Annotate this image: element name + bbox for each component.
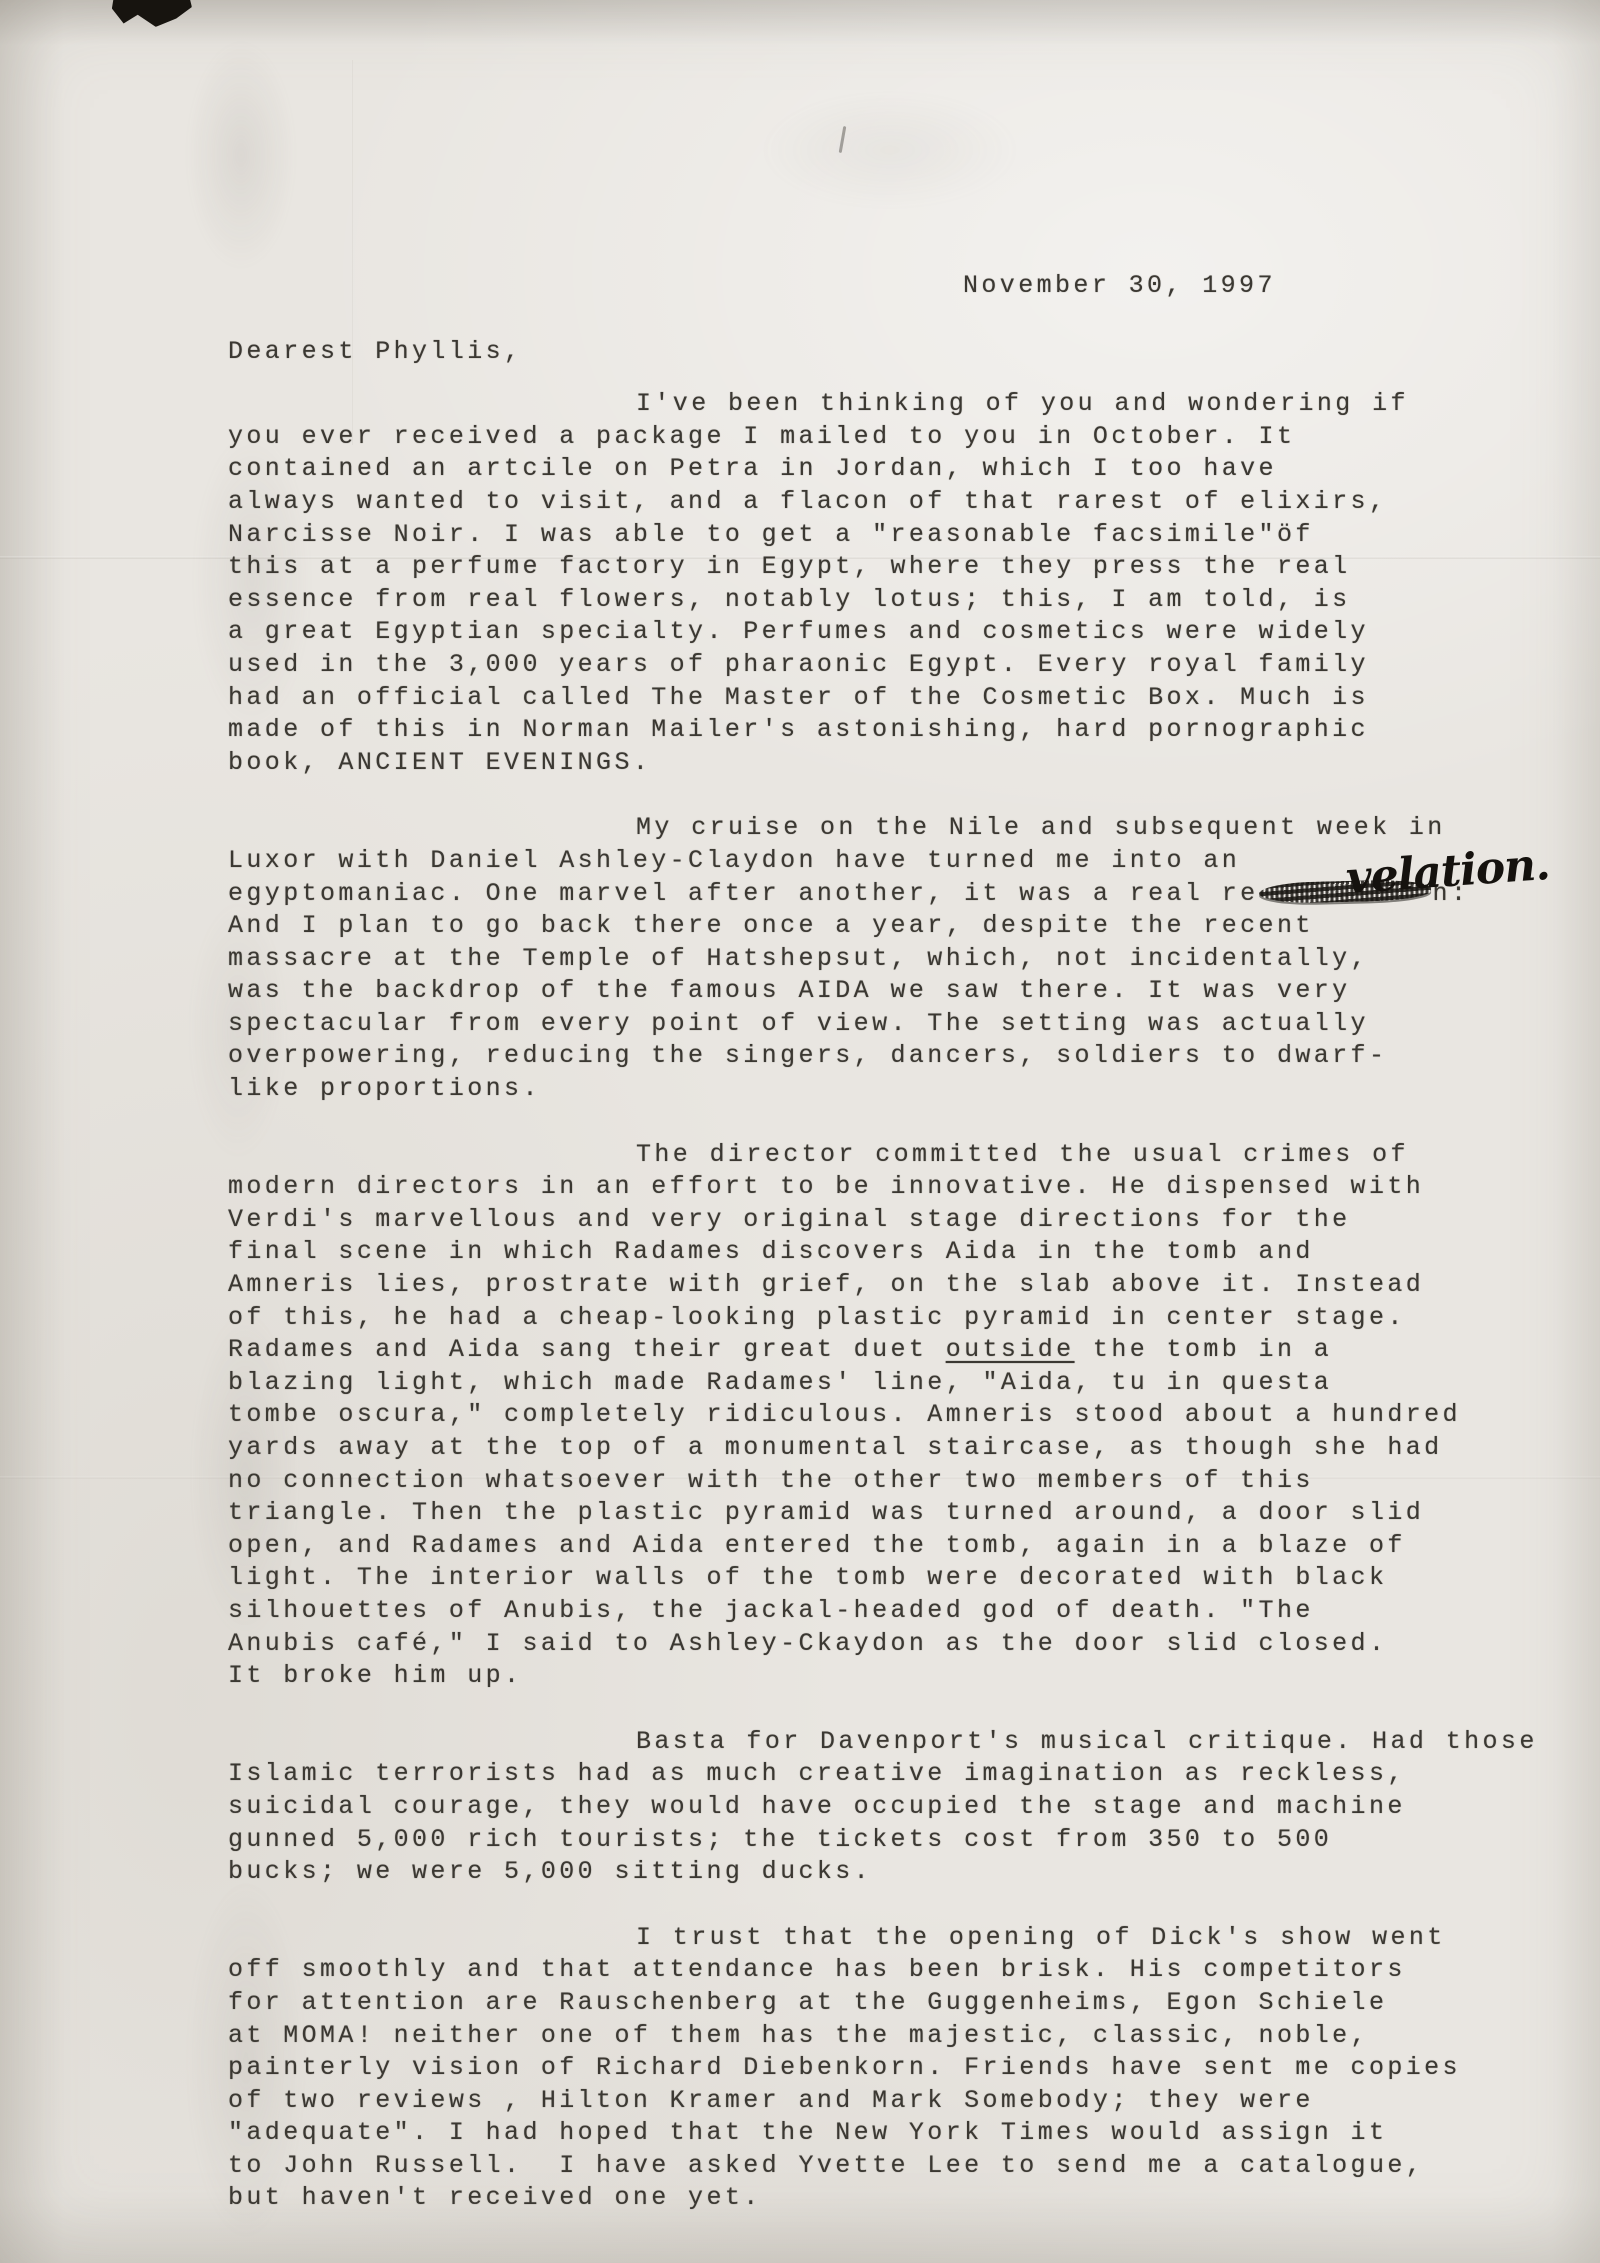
letter-line: Luxor with Daniel Ashley-Claydon have tu… [228,845,1538,878]
letter-line: always wanted to visit, and a flacon of … [228,486,1538,519]
letter-line: light. The interior walls of the tomb we… [228,1562,1538,1595]
scanned-letter-page: November 30, 1997 Dearest Phyllis, I've … [0,0,1600,2263]
letter-line: spectacular from every point of view. Th… [228,1008,1538,1041]
letter-line: open, and Radames and Aida entered the t… [228,1530,1538,1563]
letter-line: bucks; we were 5,000 sitting ducks. [228,1856,1538,1889]
paragraph-3: The director committed the usual crimes … [228,1139,1538,1693]
letter-date: November 30, 1997 [963,270,1538,303]
letter-line: Anubis café," I said to Ashley-Ckaydon a… [228,1628,1538,1661]
letter-line: of this, he had a cheap-looking plastic … [228,1302,1538,1335]
letter-line: used in the 3,000 years of pharaonic Egy… [228,649,1538,682]
paragraph-4: Basta for Davenport's musical critique. … [228,1726,1538,1889]
letter-line: tombe oscura," completely ridiculous. Am… [228,1399,1538,1432]
letter-line: had an official called The Master of the… [228,682,1538,715]
salutation: Dearest Phyllis, [228,336,1538,369]
paragraph-2: My cruise on the Nile and subsequent wee… [228,812,1538,1105]
letter-line: suicidal courage, they would have occupi… [228,1791,1538,1824]
letter-line: yards away at the top of a monumental st… [228,1432,1538,1465]
tape-mark [111,0,192,28]
line-text: Radames and Aida sang their great duet [228,1335,946,1364]
letter-line: It broke him up. [228,1660,1538,1693]
letter-line: of two reviews , Hilton Kramer and Mark … [228,2085,1538,2118]
letter-line: Narcisse Noir. I was able to get a "reas… [228,519,1538,552]
letter-line: at MOMA! neither one of them has the maj… [228,2020,1538,2053]
paragraph-1: I've been thinking of you and wondering … [228,388,1538,779]
letter-line: triangle. Then the plastic pyramid was t… [228,1497,1538,1530]
letter-line: Verdi's marvellous and very original sta… [228,1204,1538,1237]
letter-line: overpowering, reducing the singers, danc… [228,1040,1538,1073]
letter-line: but haven't received one yet. [228,2182,1538,2215]
letter-line: I trust that the opening of Dick's show … [228,1922,1538,1955]
line-text: the tomb in a [1075,1335,1333,1364]
letter-line: My cruise on the Nile and subsequent wee… [228,812,1538,845]
letter-line: The director committed the usual crimes … [228,1139,1538,1172]
letter-line: made of this in Norman Mailer's astonish… [228,714,1538,747]
letter-line: "adequate". I had hoped that the New Yor… [228,2117,1538,2150]
letter-line: Radames and Aida sang their great duet o… [228,1334,1538,1367]
letter-line: was the backdrop of the famous AIDA we s… [228,975,1538,1008]
letter-line: book, ANCIENT EVENINGS. [228,747,1538,780]
letter-line: I've been thinking of you and wondering … [228,388,1538,421]
letter-line: massacre at the Temple of Hatshepsut, wh… [228,943,1538,976]
letter-line: Basta for Davenport's musical critique. … [228,1726,1538,1759]
letter-line: like proportions. [228,1073,1538,1106]
letter-line: And I plan to go back there once a year,… [228,910,1538,943]
letter-line: modern directors in an effort to be inno… [228,1171,1538,1204]
underlined-word: outside [946,1335,1075,1364]
letter-line: contained an artcile on Petra in Jordan,… [228,453,1538,486]
letter-line: Islamic terrorists had as much creative … [228,1758,1538,1791]
letter-line: Amneris lies, prostrate with grief, on t… [228,1269,1538,1302]
letter-line: you ever received a package I mailed to … [228,421,1538,454]
letter-line: to John Russell. I have asked Yvette Lee… [228,2150,1538,2183]
paragraph-5: I trust that the opening of Dick's show … [228,1922,1538,2215]
line-text: egyptomaniac. One marvel after another, … [228,879,1259,908]
letter-line: final scene in which Radames discovers A… [228,1236,1538,1269]
letter-line: gunned 5,000 rich tourists; the tickets … [228,1824,1538,1857]
letter-line: painterly vision of Richard Diebenkorn. … [228,2052,1538,2085]
letter-line: silhouettes of Anubis, the jackal-headed… [228,1595,1538,1628]
letter-line: for attention are Rauschenberg at the Gu… [228,1987,1538,2020]
letter-line: off smoothly and that attendance has bee… [228,1954,1538,1987]
letter-line: a great Egyptian specialty. Perfumes and… [228,616,1538,649]
letter-body: November 30, 1997 Dearest Phyllis, I've … [228,0,1538,2215]
letter-line: no connection whatsoever with the other … [228,1465,1538,1498]
letter-line: egyptomaniac. One marvel after another, … [228,878,1538,911]
letter-line: blazing light, which made Radames' line,… [228,1367,1538,1400]
letter-line: this at a perfume factory in Egypt, wher… [228,551,1538,584]
letter-line: essence from real flowers, notably lotus… [228,584,1538,617]
